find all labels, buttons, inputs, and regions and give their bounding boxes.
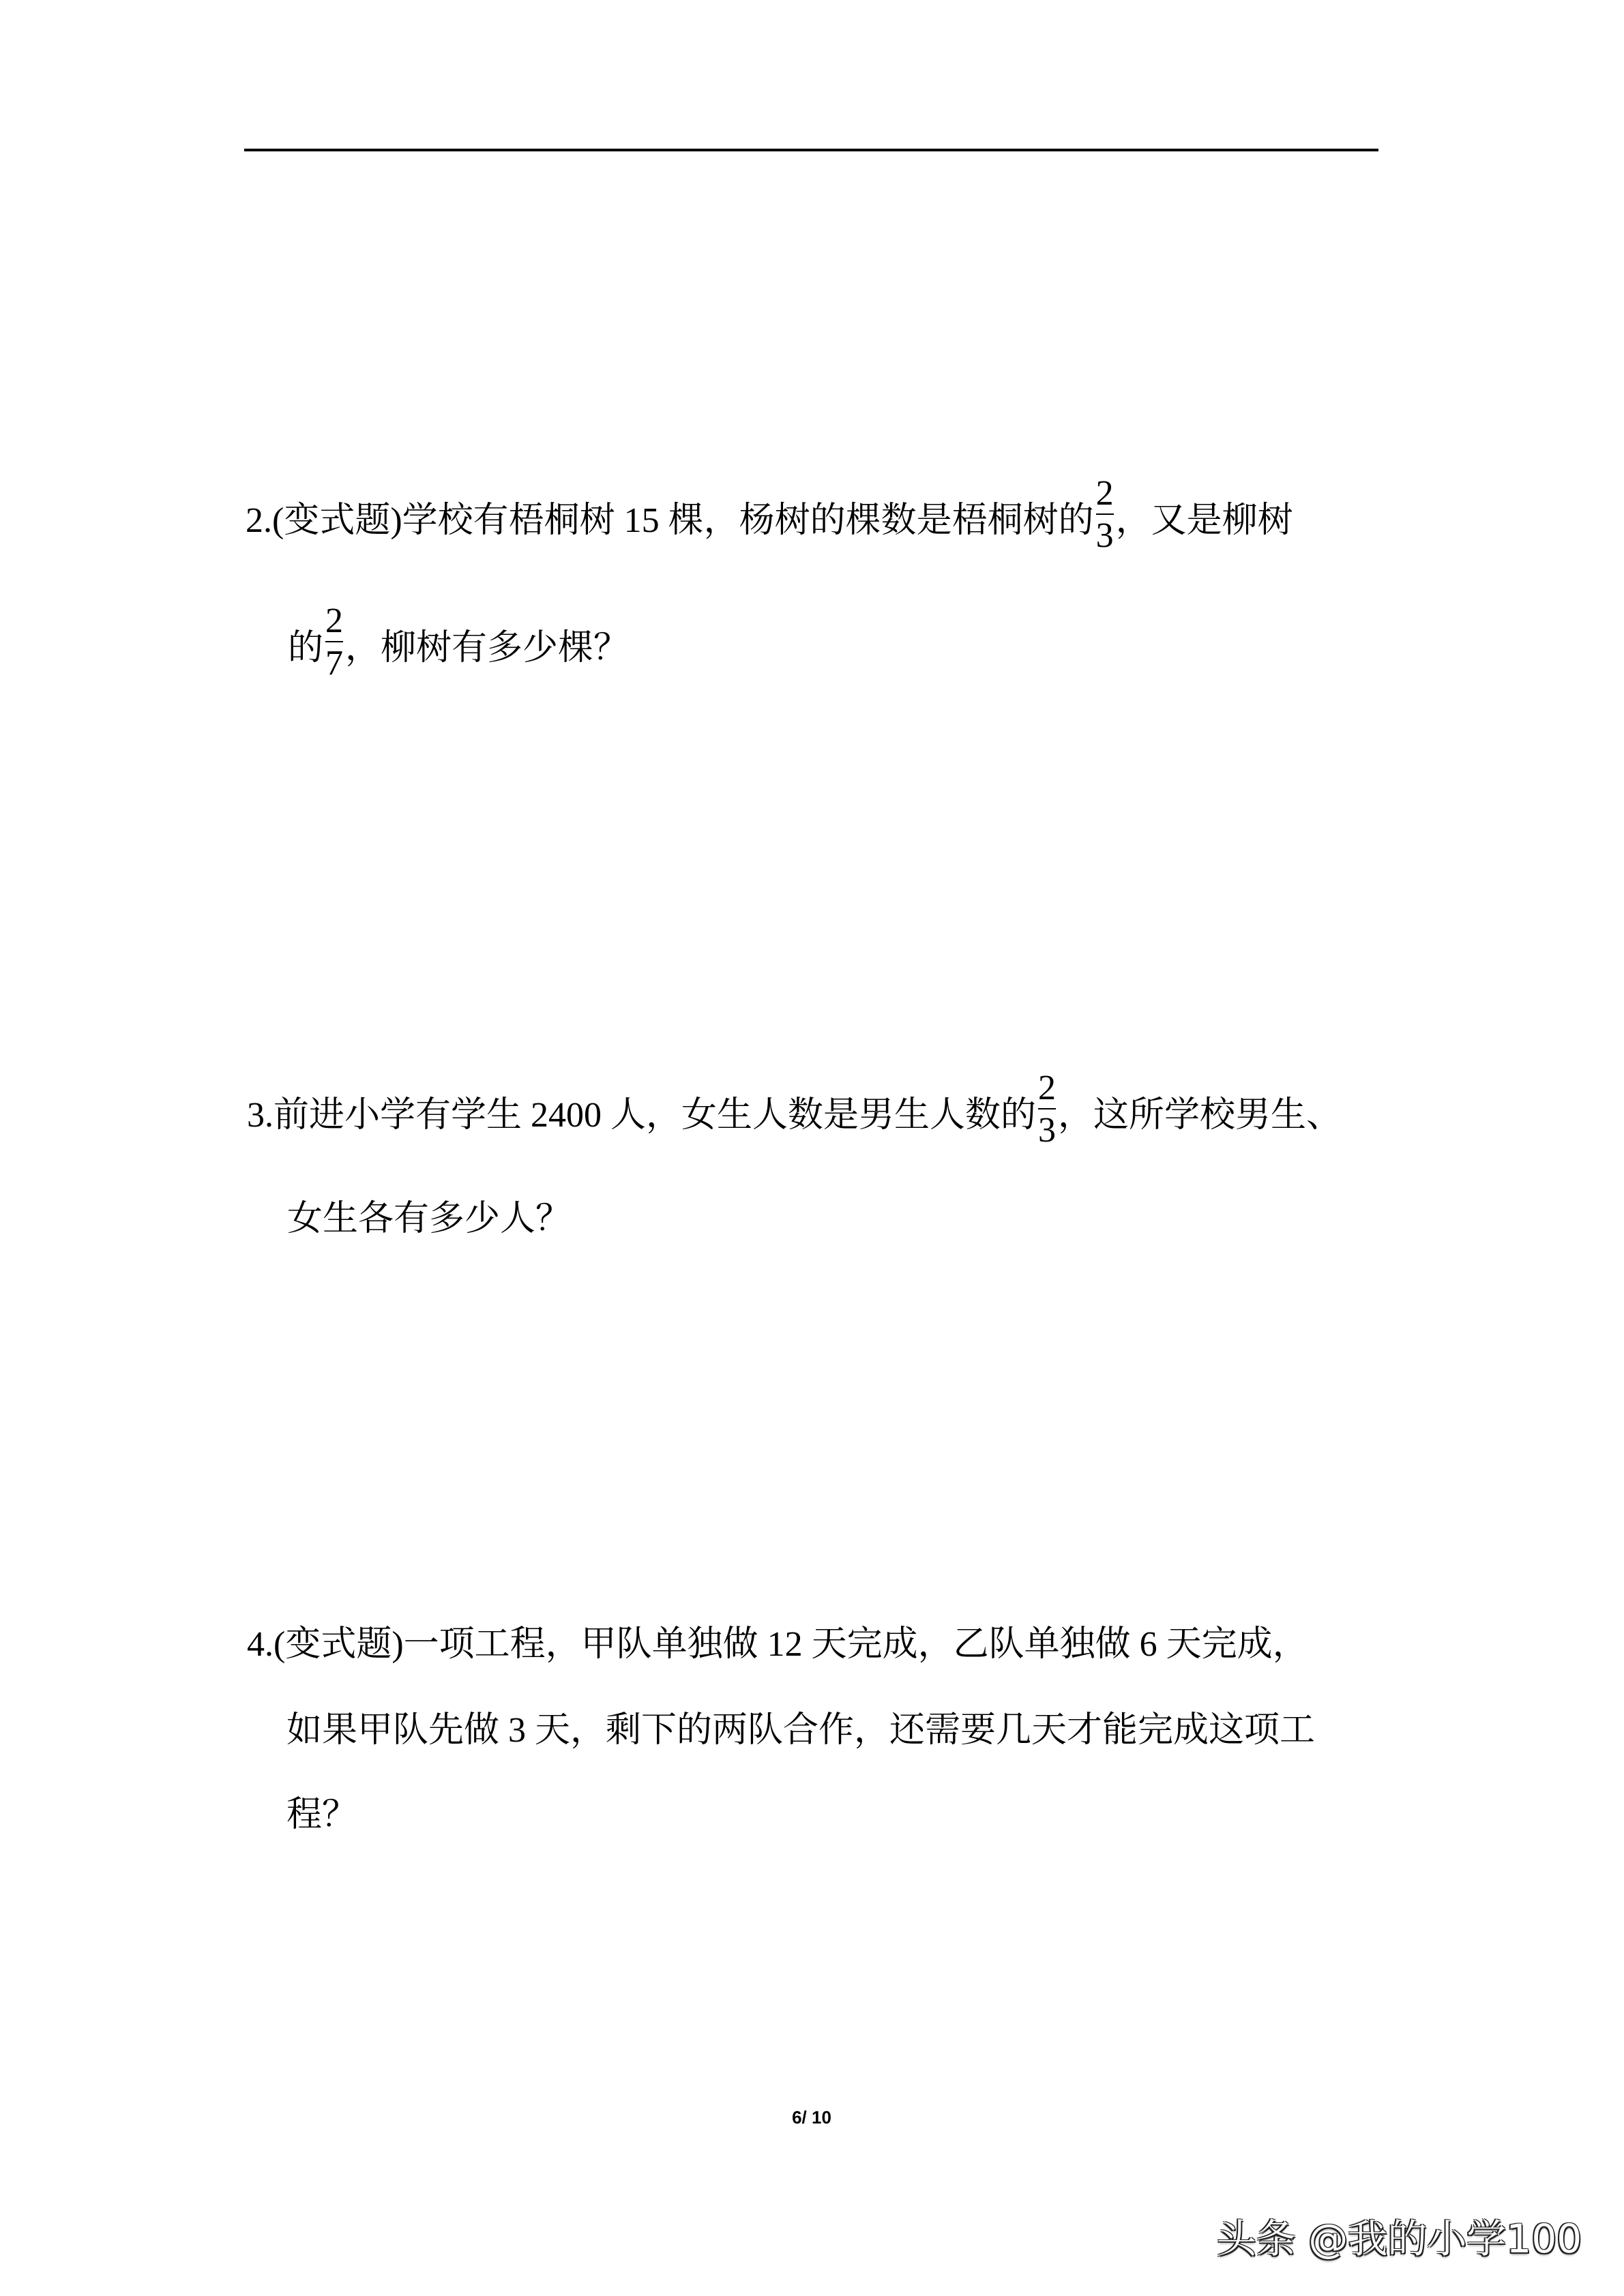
question-4-line-3: 程？ xyxy=(286,1798,357,1833)
fraction-numerator: 2 xyxy=(324,603,344,639)
fraction-denominator: 3 xyxy=(1095,518,1115,554)
fraction-bar xyxy=(1096,513,1114,515)
fraction-numerator: 2 xyxy=(1037,1071,1057,1106)
question-text: 4.(变式题)一项工程，甲队单独做 12 天完成，乙队单独做 6 天完成， xyxy=(247,1625,1308,1664)
question-text: ，又是柳树 xyxy=(1116,501,1293,540)
fraction-denominator: 7 xyxy=(324,646,344,681)
question-2-line-1: 2.(变式题)学校有梧桐树 15 棵，杨树的棵数是梧桐树的23，又是柳树 xyxy=(246,496,1293,532)
fraction: 23 xyxy=(1037,1091,1057,1127)
watermark: 头条 @我的小学100 xyxy=(1217,2216,1582,2261)
fraction-bar xyxy=(1038,1108,1056,1109)
fraction: 27 xyxy=(324,624,344,659)
fraction-denominator: 3 xyxy=(1037,1113,1057,1148)
fraction-bar xyxy=(325,641,343,642)
question-text: 3.前进小学有学生 2400 人，女生人数是男生人数的 xyxy=(247,1096,1036,1135)
question-text: ，这所学校男生、 xyxy=(1058,1096,1342,1135)
question-text: 如果甲队先做 3 天，剩下的两队合作，还需要几天才能完成这项工 xyxy=(286,1711,1315,1750)
question-text: 女生各有多少人？ xyxy=(287,1199,571,1238)
question-3-line-2: 女生各有多少人？ xyxy=(287,1202,571,1237)
question-4-line-1: 4.(变式题)一项工程，甲队单独做 12 天完成，乙队单独做 6 天完成， xyxy=(247,1627,1308,1663)
fraction-numerator: 2 xyxy=(1095,476,1115,511)
header-rule xyxy=(244,149,1378,151)
question-text: ，柳树有多少棵？ xyxy=(345,629,629,668)
question-2-line-2: 的27，柳树有多少棵？ xyxy=(288,624,629,659)
question-text: 程？ xyxy=(286,1795,357,1834)
fraction: 23 xyxy=(1095,496,1115,532)
page-number: 6/ 10 xyxy=(784,2107,839,2128)
question-text: 的 xyxy=(288,629,323,668)
question-text: 2.(变式题)学校有梧桐树 15 棵，杨树的棵数是梧桐树的 xyxy=(246,501,1094,540)
question-3-line-1: 3.前进小学有学生 2400 人，女生人数是男生人数的23，这所学校男生、 xyxy=(247,1091,1342,1127)
question-4-line-2: 如果甲队先做 3 天，剩下的两队合作，还需要几天才能完成这项工 xyxy=(286,1713,1315,1748)
